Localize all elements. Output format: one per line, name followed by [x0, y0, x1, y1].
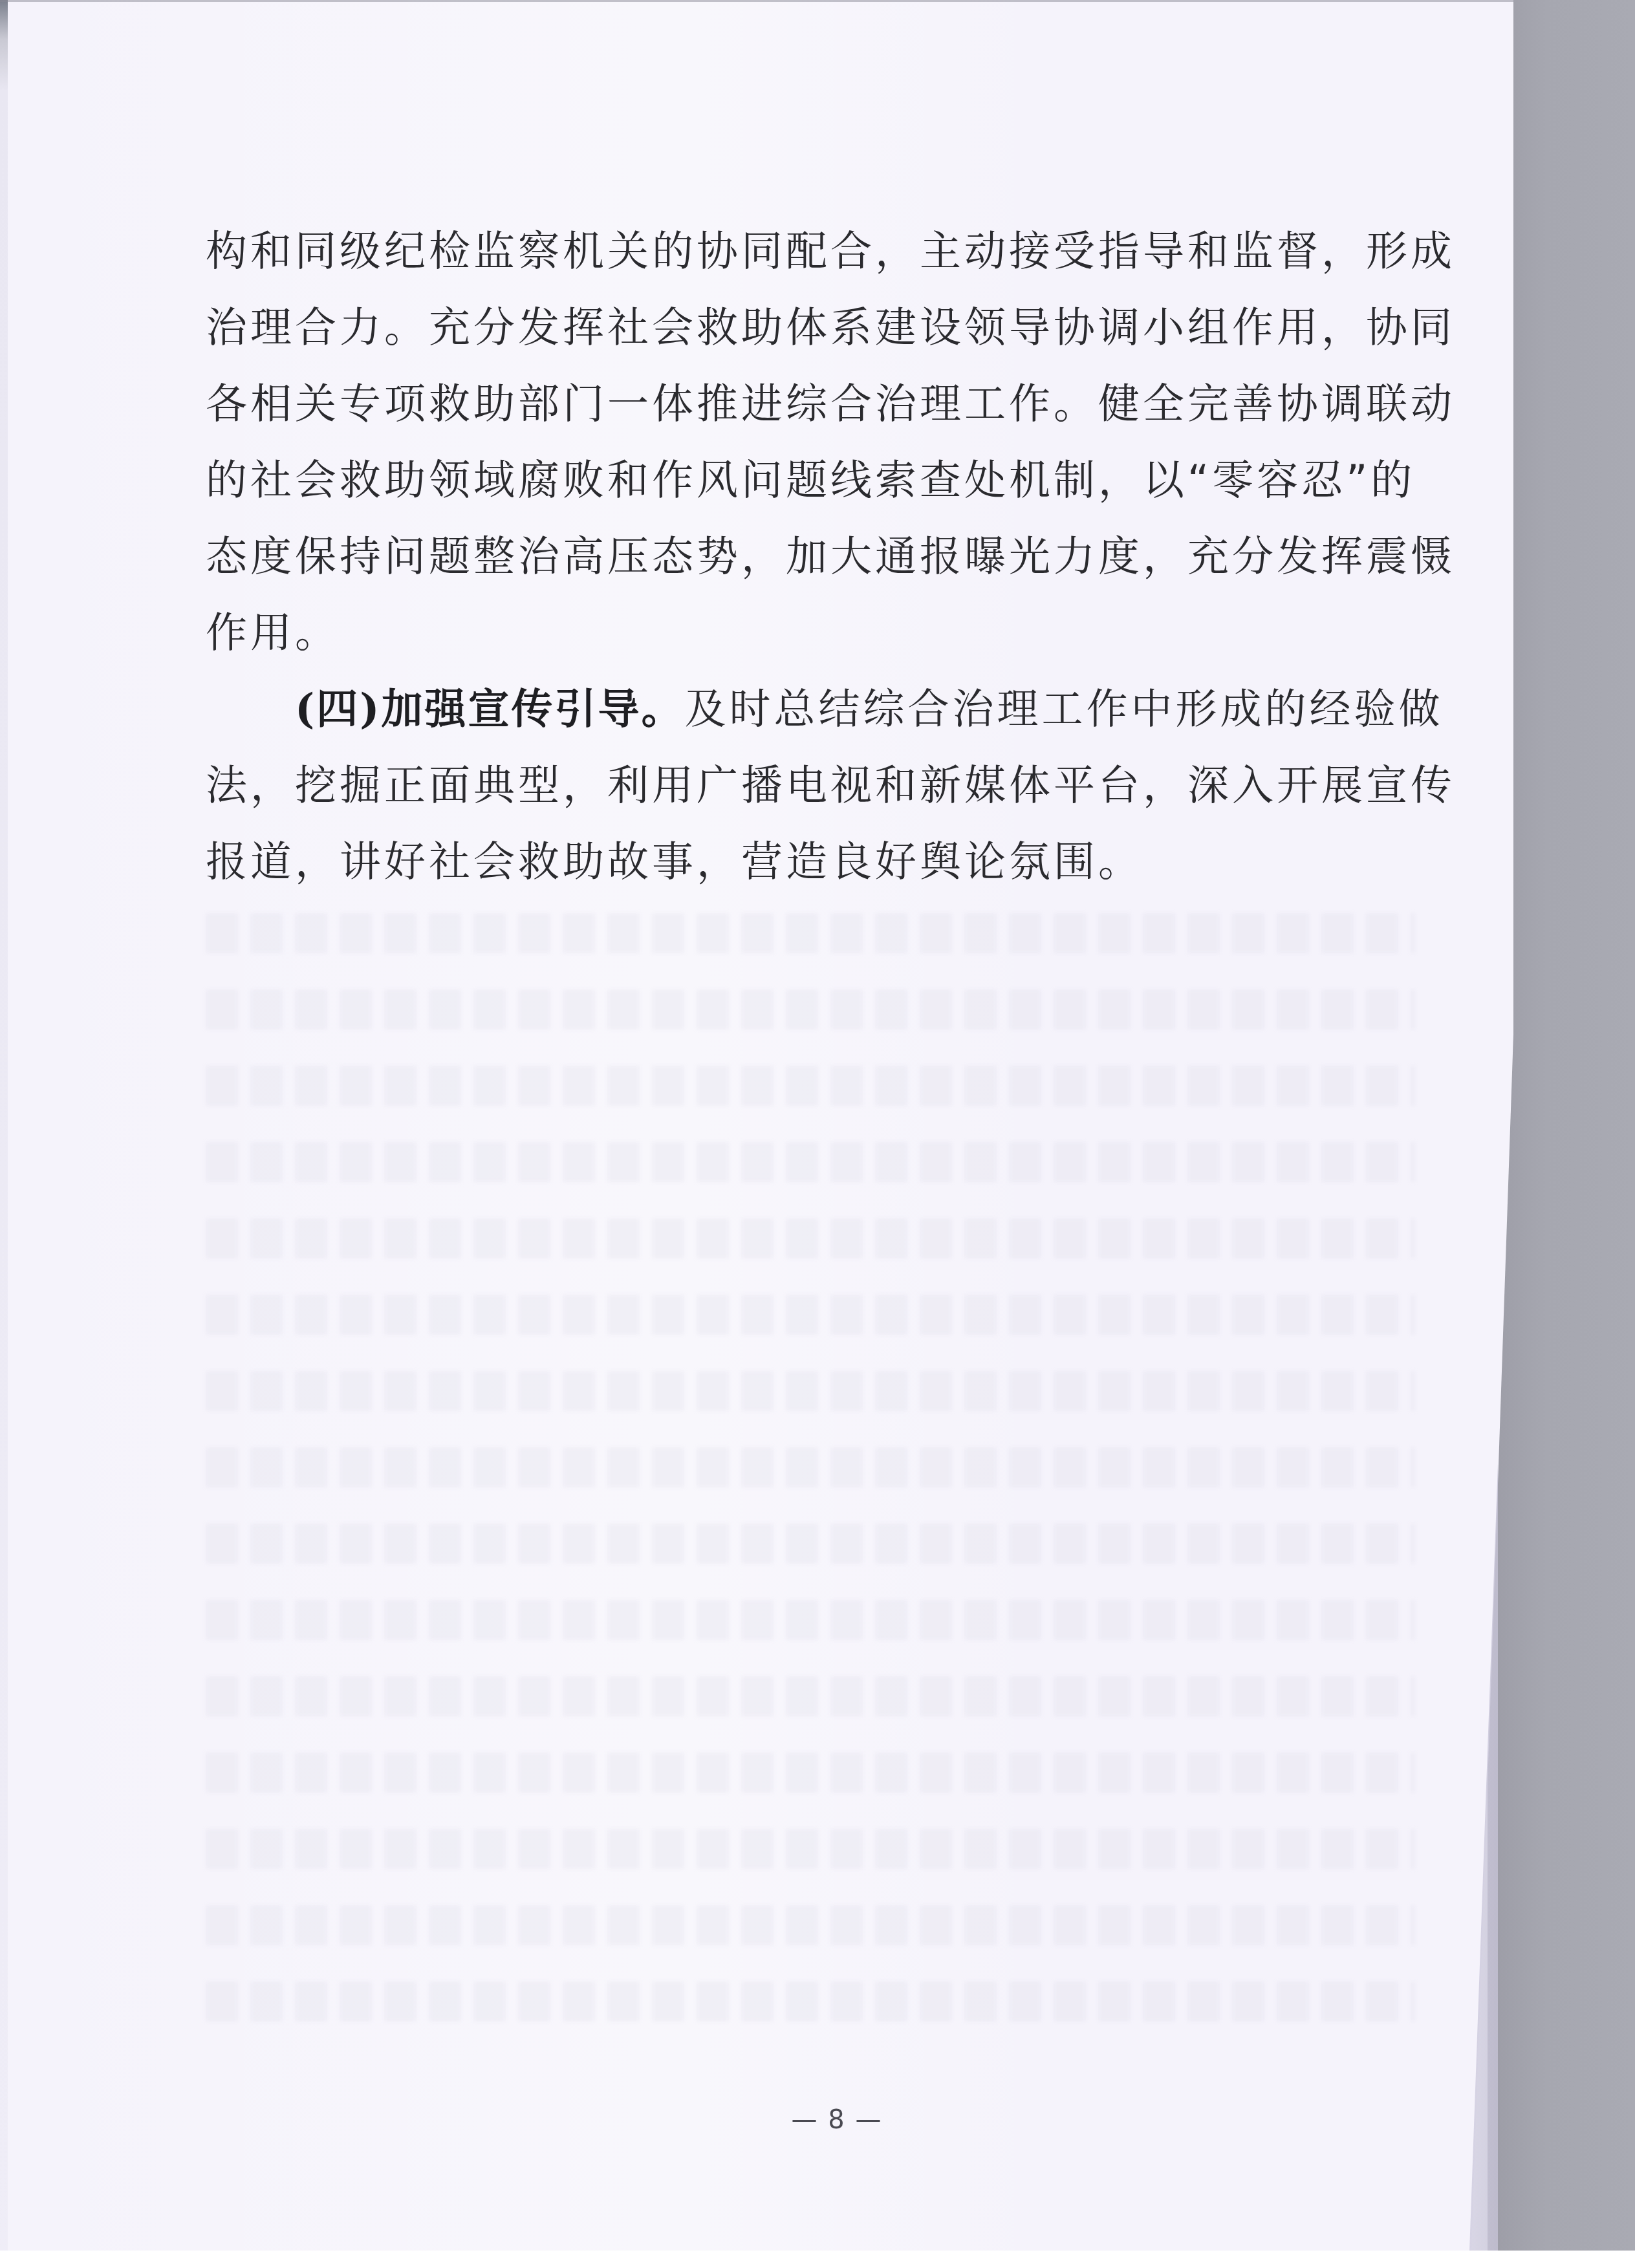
- bleed-through-texture: [206, 1142, 1415, 1182]
- bleed-through-texture: [206, 1600, 1415, 1640]
- bleed-through-texture: [206, 1676, 1415, 1716]
- bleed-through-texture: [206, 1066, 1415, 1106]
- bleed-through-texture: [206, 1371, 1415, 1411]
- bleed-through-texture: [206, 1295, 1415, 1335]
- bleed-through-texture: [206, 1524, 1415, 1564]
- paragraph-continuation: 构和同级纪检监察机关的协同配合，主动接受指导和监督，形成 治理合力。充分发挥社会…: [206, 213, 1415, 671]
- text-line: 态度保持问题整治高压态势，加大通报曝光力度，充分发挥震慑: [206, 519, 1415, 595]
- page-number: — 8 —: [0, 2105, 1635, 2135]
- section-heading-four: (四)加强宣传引导。: [295, 685, 685, 733]
- bleed-through-texture: [206, 989, 1415, 1030]
- text-line: 法，挖掘正面典型，利用广播电视和新媒体平台，深入开展宣传: [206, 748, 1415, 824]
- paragraph-publicity-guidance: (四)加强宣传引导。及时总结综合治理工作中形成的经验做 法，挖掘正面典型，利用广…: [206, 671, 1415, 900]
- bleed-through-texture: [206, 913, 1415, 953]
- page-left-edge: [0, 0, 8, 2251]
- bleed-through-texture: [206, 1753, 1415, 1793]
- bleed-through-texture: [206, 1447, 1415, 1487]
- body-text: 构和同级纪检监察机关的协同配合，主动接受指导和监督，形成 治理合力。充分发挥社会…: [206, 213, 1415, 900]
- text-line-body: 及时总结综合治理工作中形成的经验做: [685, 686, 1444, 733]
- text-line: (四)加强宣传引导。及时总结综合治理工作中形成的经验做: [206, 671, 1415, 748]
- text-line: 治理合力。充分发挥社会救助体系建设领导协调小组作用，协同: [206, 290, 1415, 366]
- bleed-through-texture: [206, 1829, 1415, 1869]
- text-line: 作用。: [206, 595, 1415, 671]
- text-line: 构和同级纪检监察机关的协同配合，主动接受指导和监督，形成: [206, 213, 1415, 290]
- text-line: 的社会救助领域腐败和作风问题线索查处机制，以“零容忍”的: [206, 442, 1415, 519]
- text-line: 报道，讲好社会救助故事，营造良好舆论氛围。: [206, 824, 1415, 900]
- bleed-through-texture: [206, 1982, 1415, 2022]
- bleed-through-texture: [206, 1218, 1415, 1258]
- page-top-edge: [0, 0, 1513, 2]
- page-number-text: — 8 —: [792, 2105, 883, 2135]
- text-line: 各相关专项救助部门一体推进综合治理工作。健全完善协调联动: [206, 366, 1415, 442]
- bleed-through-texture: [206, 1905, 1415, 1945]
